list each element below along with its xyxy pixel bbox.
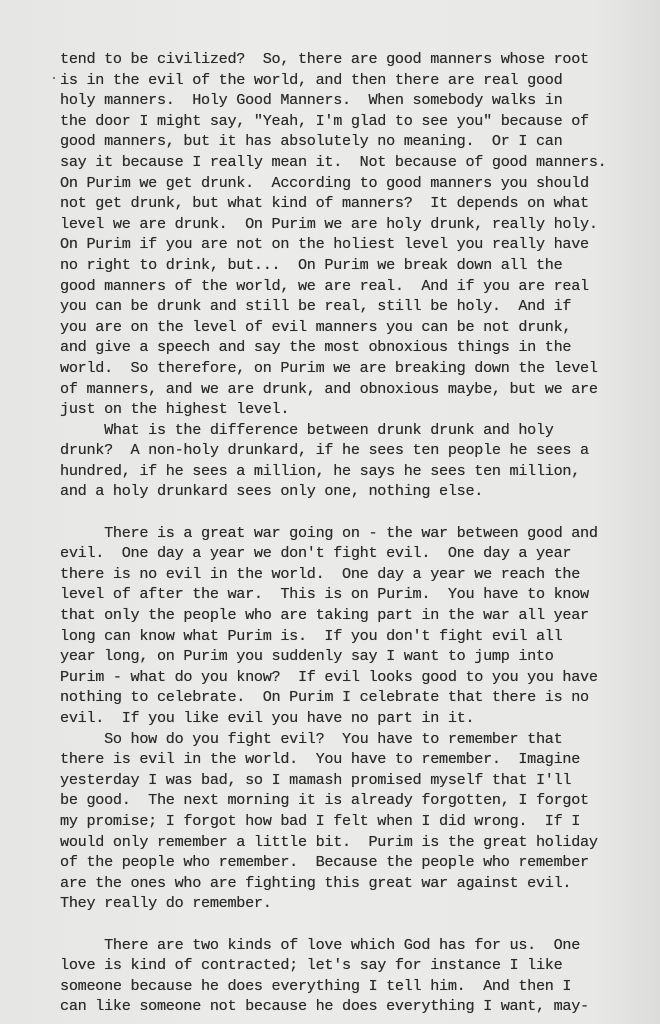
text-line: Purim - what do you know? If evil looks … bbox=[60, 667, 660, 688]
text-line: and a holy drunkard sees only one, nothi… bbox=[60, 481, 660, 502]
text-line: holy manners. Holy Good Manners. When so… bbox=[60, 90, 660, 111]
text-line: you can be drunk and still be real, stil… bbox=[60, 296, 660, 317]
text-line: They really do remember. bbox=[60, 893, 660, 914]
text-line: my promise; I forgot how bad I felt when… bbox=[60, 811, 660, 832]
text-line: is in the evil of the world, and then th… bbox=[60, 70, 660, 91]
text-line: the door I might say, "Yeah, I'm glad to… bbox=[60, 111, 660, 132]
text-line: nothing to celebrate. On Purim I celebra… bbox=[60, 687, 660, 708]
blank-line bbox=[60, 502, 660, 523]
text-line: evil. If you like evil you have no part … bbox=[60, 708, 660, 729]
text-line: There are two kinds of love which God ha… bbox=[60, 935, 660, 956]
text-line: year long, on Purim you suddenly say I w… bbox=[60, 646, 660, 667]
text-line: you are on the level of evil manners you… bbox=[60, 317, 660, 338]
stray-ink-mark bbox=[53, 77, 55, 79]
text-line: level of after the war. This is on Purim… bbox=[60, 584, 660, 605]
text-line: evil. One day a year we don't fight evil… bbox=[60, 543, 660, 564]
text-line: yesterday I was bad, so I mamash promise… bbox=[60, 770, 660, 791]
text-line: be good. The next morning it is already … bbox=[60, 790, 660, 811]
text-line: world. So therefore, on Purim we are bre… bbox=[60, 358, 660, 379]
text-line: What is the difference between drunk dru… bbox=[60, 420, 660, 441]
text-line: say it because I really mean it. Not bec… bbox=[60, 152, 660, 173]
text-line: can like someone not because he does eve… bbox=[60, 996, 660, 1017]
text-line: of manners, and we are drunk, and obnoxi… bbox=[60, 379, 660, 400]
text-line: level we are drunk. On Purim we are holy… bbox=[60, 214, 660, 235]
text-line: On Purim we get drunk. According to good… bbox=[60, 173, 660, 194]
text-line: would only remember a little bit. Purim … bbox=[60, 832, 660, 853]
text-line: drunk? A non-holy drunkard, if he sees t… bbox=[60, 440, 660, 461]
text-line: are the ones who are fighting this great… bbox=[60, 873, 660, 894]
text-line: there is evil in the world. You have to … bbox=[60, 749, 660, 770]
text-line: There is a great war going on - the war … bbox=[60, 523, 660, 544]
blank-line bbox=[60, 914, 660, 935]
scanned-page: tend to be civilized? So, there are good… bbox=[0, 0, 660, 1024]
text-line: On Purim if you are not on the holiest l… bbox=[60, 234, 660, 255]
text-line: and give a speech and say the most obnox… bbox=[60, 337, 660, 358]
text-line: long can know what Purim is. If you don'… bbox=[60, 626, 660, 647]
text-line: just on the highest level. bbox=[60, 399, 660, 420]
text-line: tend to be civilized? So, there are good… bbox=[60, 49, 660, 70]
text-line: good manners of the world, we are real. … bbox=[60, 276, 660, 297]
text-line: good manners, but it has absolutely no m… bbox=[60, 131, 660, 152]
text-line: hundred, if he sees a million, he says h… bbox=[60, 461, 660, 482]
text-line: So how do you fight evil? You have to re… bbox=[60, 729, 660, 750]
text-line: that only the people who are taking part… bbox=[60, 605, 660, 626]
text-line: of the people who remember. Because the … bbox=[60, 852, 660, 873]
text-line: not get drunk, but what kind of manners?… bbox=[60, 193, 660, 214]
text-line: someone because he does everything I tel… bbox=[60, 976, 660, 997]
text-line: love is kind of contracted; let's say fo… bbox=[60, 955, 660, 976]
typewritten-text: tend to be civilized? So, there are good… bbox=[60, 49, 660, 1017]
text-line: there is no evil in the world. One day a… bbox=[60, 564, 660, 585]
text-line: no right to drink, but... On Purim we br… bbox=[60, 255, 660, 276]
